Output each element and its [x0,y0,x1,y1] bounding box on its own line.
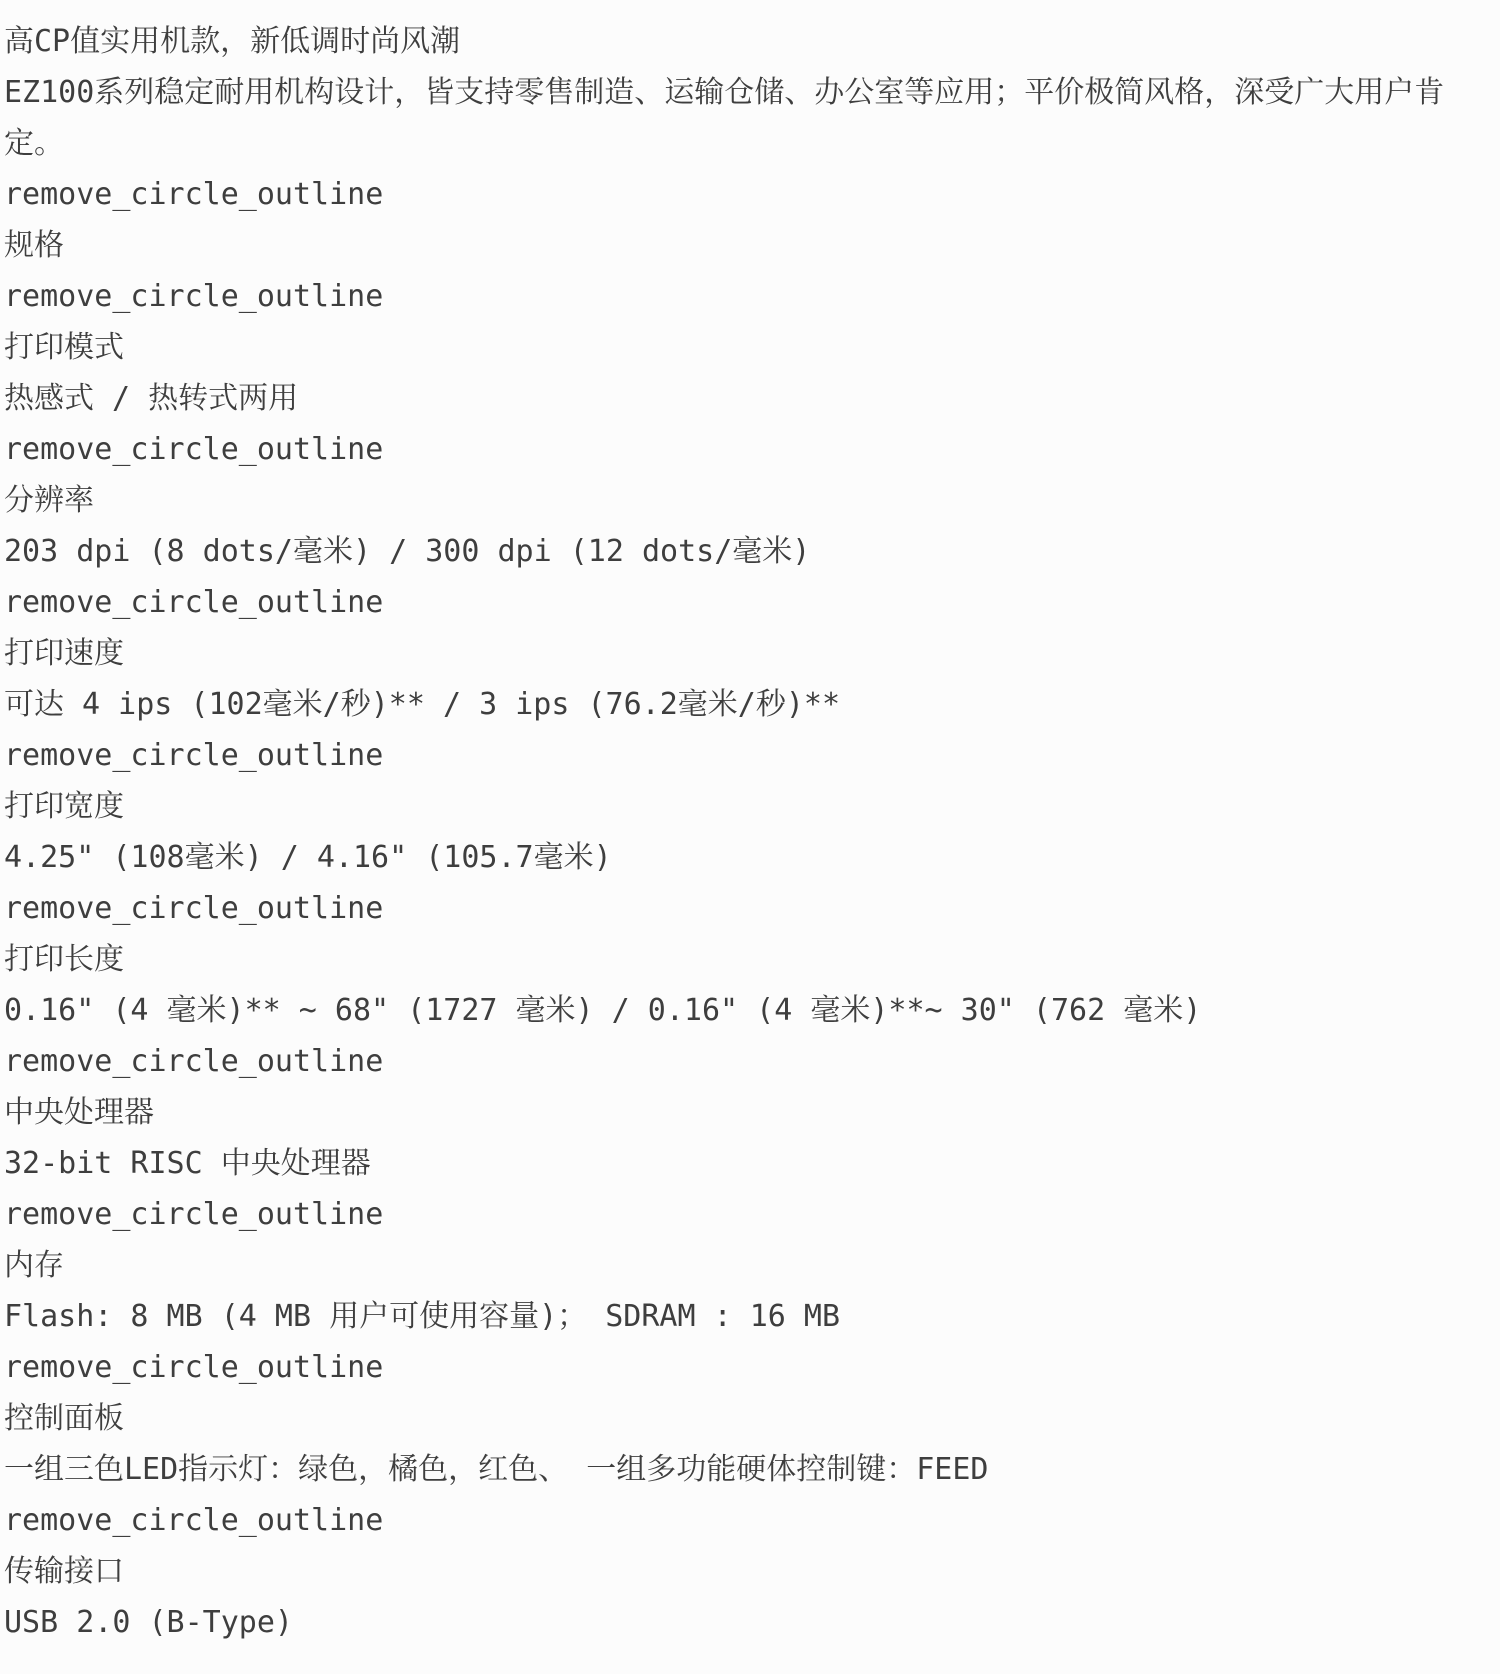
page-body: { "page": { "title": "高CP值实用机款，新低调时尚风潮",… [0,0,1500,1674]
spec-value: 可达 4 ips (102毫米/秒)** / 3 ips (76.2毫米/秒)*… [4,679,1490,730]
spec-row: remove_circle_outline 传输接口 USB 2.0 (B-Ty… [4,1495,1490,1648]
spec-value: 32-bit RISC 中央处理器 [4,1138,1490,1189]
spec-row: remove_circle_outline 分辨率 203 dpi (8 dot… [4,424,1490,577]
remove-circle-outline-icon[interactable]: remove_circle_outline [4,169,1490,220]
spec-row: remove_circle_outline 中央处理器 32-bit RISC … [4,1036,1490,1189]
page-title: 高CP值实用机款，新低调时尚风潮 [4,16,1490,67]
spec-label: 打印长度 [4,934,1490,985]
spec-row: remove_circle_outline 打印长度 0.16" (4 毫米)*… [4,883,1490,1036]
remove-circle-outline-icon[interactable]: remove_circle_outline [4,1036,1490,1087]
spec-value: 4.25" (108毫米) / 4.16" (105.7毫米) [4,832,1490,883]
spec-accordion: remove_circle_outline 规格 remove_circle_o… [4,169,1490,1648]
remove-circle-outline-icon[interactable]: remove_circle_outline [4,1342,1490,1393]
remove-circle-outline-icon[interactable]: remove_circle_outline [4,271,1490,322]
spec-row: remove_circle_outline 控制面板 一组三色LED指示灯：绿色… [4,1342,1490,1495]
spec-label: 打印模式 [4,322,1490,373]
spec-value: 0.16" (4 毫米)** ~ 68" (1727 毫米) / 0.16" (… [4,985,1490,1036]
remove-circle-outline-icon[interactable]: remove_circle_outline [4,730,1490,781]
spec-section-title: 规格 [4,220,1490,271]
spec-label: 中央处理器 [4,1087,1490,1138]
spec-row: remove_circle_outline 打印宽度 4.25" (108毫米)… [4,730,1490,883]
spec-value: 一组三色LED指示灯：绿色，橘色，红色、 一组多功能硬体控制键：FEED [4,1444,1490,1495]
spec-label: 控制面板 [4,1393,1490,1444]
spec-value: 203 dpi (8 dots/毫米) / 300 dpi (12 dots/毫… [4,526,1490,577]
spec-label: 传输接口 [4,1546,1490,1597]
remove-circle-outline-icon[interactable]: remove_circle_outline [4,1495,1490,1546]
page-description: EZ100系列稳定耐用机构设计，皆支持零售制造、运输仓储、办公室等应用；平价极简… [4,67,1490,169]
spec-value: 热感式 / 热转式两用 [4,373,1490,424]
remove-circle-outline-icon[interactable]: remove_circle_outline [4,883,1490,934]
spec-value: USB 2.0 (B-Type) [4,1597,1490,1648]
remove-circle-outline-icon[interactable]: remove_circle_outline [4,1189,1490,1240]
spec-row: remove_circle_outline 打印模式 热感式 / 热转式两用 [4,271,1490,424]
remove-circle-outline-icon[interactable]: remove_circle_outline [4,424,1490,475]
spec-label: 打印宽度 [4,781,1490,832]
remove-circle-outline-icon[interactable]: remove_circle_outline [4,577,1490,628]
spec-label: 打印速度 [4,628,1490,679]
spec-row: remove_circle_outline 内存 Flash: 8 MB (4 … [4,1189,1490,1342]
spec-label: 内存 [4,1240,1490,1291]
spec-list: remove_circle_outline 打印模式 热感式 / 热转式两用 r… [4,271,1490,1648]
spec-label: 分辨率 [4,475,1490,526]
spec-row: remove_circle_outline 打印速度 可达 4 ips (102… [4,577,1490,730]
product-spec-page: 高CP值实用机款，新低调时尚风潮 EZ100系列稳定耐用机构设计，皆支持零售制造… [4,16,1490,1648]
spec-value: Flash: 8 MB (4 MB 用户可使用容量)； SDRAM : 16 M… [4,1291,1490,1342]
